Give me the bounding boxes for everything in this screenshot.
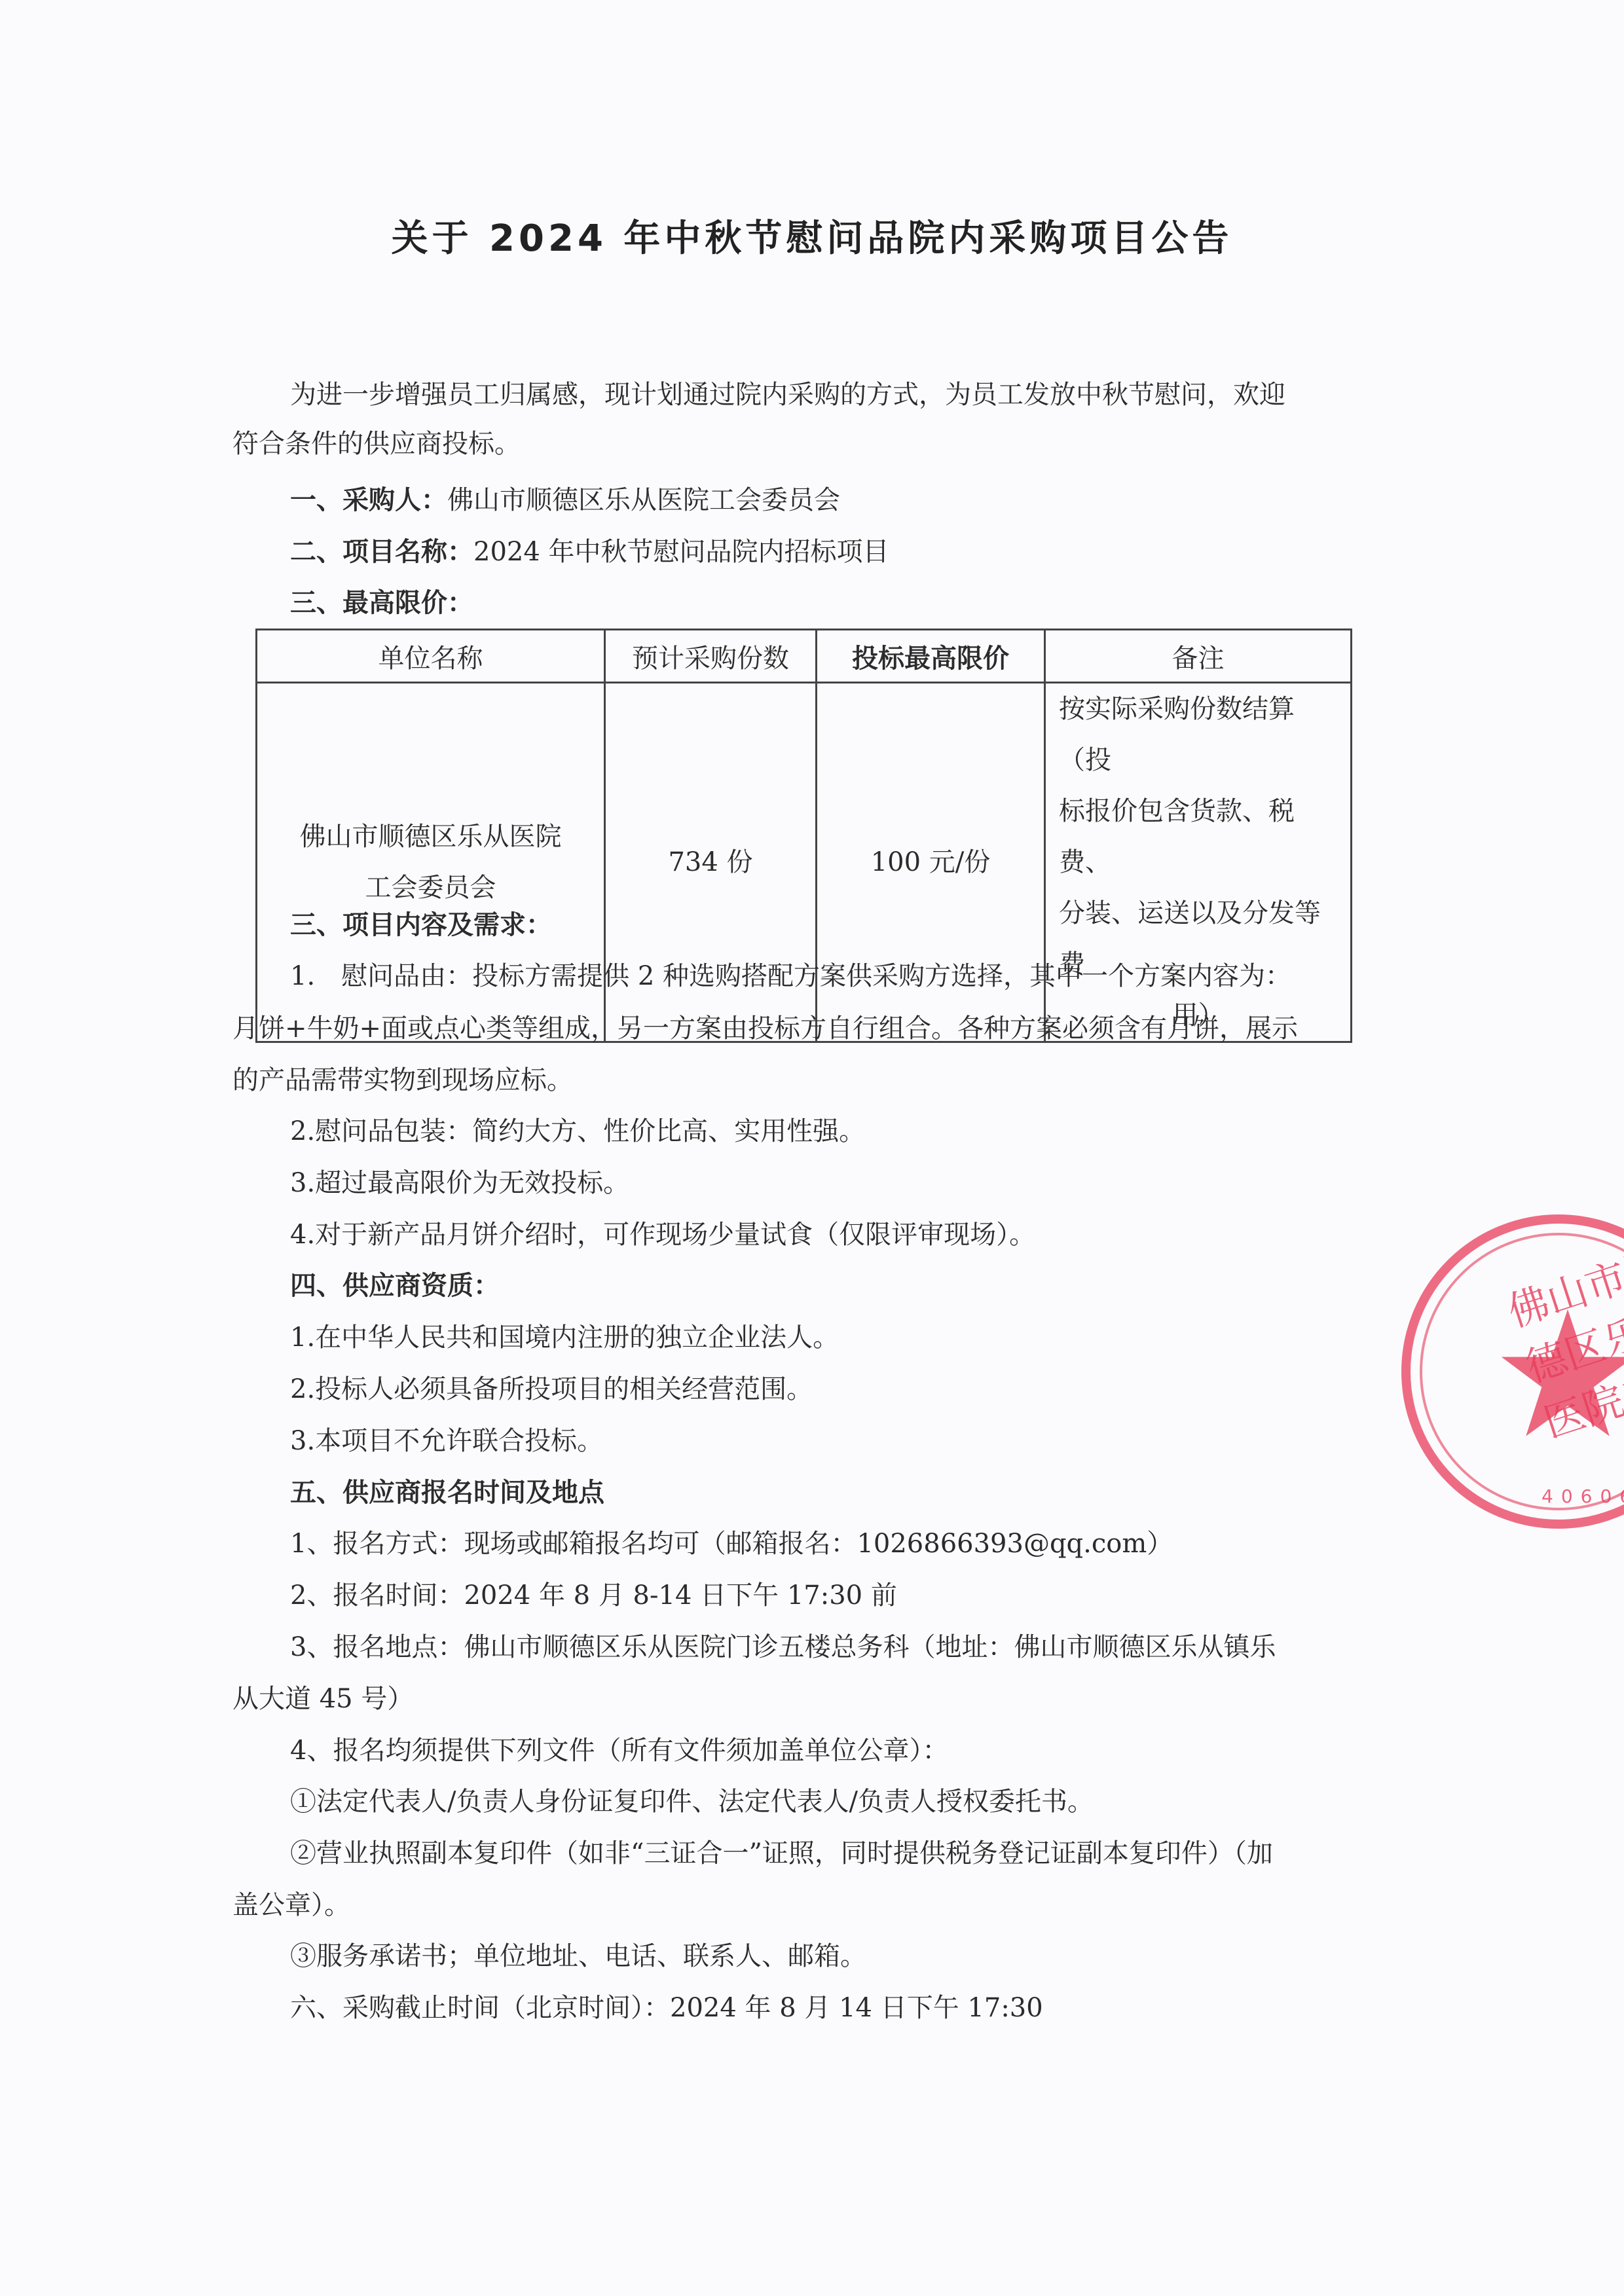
document-title: 关于 2024 年中秋节慰问品院内采购项目公告 [0,210,1624,262]
project-name-value: 2024 年中秋节慰问品院内招标项目 [473,537,889,567]
required-documents-intro: 4、报名均须提供下列文件（所有文件须加盖单位公章）： [290,1732,948,1769]
qualification-item-1: 1.在中华人民共和国境内注册的独立企业法人。 [290,1319,839,1356]
content-item-1-line-1: 1. 慰问品由：投标方需提供 2 种选购搭配方案供采购方选择，其中一个方案内容为… [290,958,1291,994]
purchaser-line: 一、采购人：佛山市顺德区乐从医院工会委员会 [290,482,840,519]
registration-place-line-1: 3、报名地点：佛山市顺德区乐从医院门诊五楼总务科（地址：佛山市顺德区乐从镇乐 [290,1629,1276,1666]
purchaser-value: 佛山市顺德区乐从医院工会委员会 [447,485,840,515]
registration-heading: 五、供应商报名时间及地点 [290,1474,604,1511]
unit-name-line-2: 工会委员会 [265,862,596,913]
header-unit-name: 单位名称 [257,630,605,683]
project-name-line: 二、项目名称：2024 年中秋节慰问品院内招标项目 [290,534,889,570]
unit-name-line-1: 佛山市顺德区乐从医院 [265,811,596,862]
seal-code: 40606 [1541,1485,1624,1507]
content-item-1-line-2: 月饼+牛奶+面或点心类等组成，另一方案由投标方自行组合。各种方案必须含有月饼，展… [232,1010,1298,1047]
registration-method: 1、报名方式：现场或邮箱报名均可（邮箱报名：1026866393@qq.com） [290,1525,1173,1562]
qualification-item-3: 3.本项目不允许联合投标。 [290,1423,603,1459]
registration-time: 2、报名时间：2024 年 8 月 8-14 日下午 17:30 前 [290,1577,897,1614]
required-document-3: ③服务承诺书；单位地址、电话、联系人、邮箱。 [290,1938,866,1975]
price-table-header: 单位名称 预计采购份数 投标最高限价 备注 [257,630,1352,683]
intro-paragraph-line-1: 为进一步增强员工归属感，现计划通过院内采购的方式，为员工发放中秋节慰问，欢迎 [290,376,1285,413]
deadline-line: 六、采购截止时间（北京时间）：2024 年 8 月 14 日下午 17:30 [290,1990,1043,2026]
header-max-price: 投标最高限价 [817,630,1045,683]
document-page: 关于 2024 年中秋节慰问品院内采购项目公告 为进一步增强员工归属感，现计划通… [0,0,1624,2296]
header-remark: 备注 [1045,630,1352,683]
purchaser-label: 一、采购人： [290,485,447,515]
remark-line-2: 标报价包含货款、税费、 [1059,786,1337,888]
max-price-heading: 三、最高限价： [290,585,473,621]
required-document-2-line-1: ②营业执照副本复印件（如非“三证合一”证照，同时提供税务登记证副本复印件）（加 [290,1835,1273,1872]
required-document-2-line-2: 盖公章）。 [232,1887,350,1923]
header-quantity: 预计采购份数 [605,630,817,683]
content-item-2: 2.慰问品包装：简约大方、性价比高、实用性强。 [290,1113,865,1150]
project-name-label: 二、项目名称： [290,537,473,567]
remark-line-1: 按实际采购份数结算（投 [1059,683,1337,786]
intro-paragraph-line-2: 符合条件的供应商投标。 [232,426,521,462]
content-item-1-line-3: 的产品需带实物到现场应标。 [232,1062,573,1099]
content-item-3: 3.超过最高限价为无效投标。 [290,1165,629,1201]
content-item-4: 4.对于新产品月饼介绍时，可作现场少量试食（仅限评审现场）。 [290,1216,1035,1253]
qualification-item-2: 2.投标人必须具备所投项目的相关经营范围。 [290,1371,813,1408]
supplier-qualification-heading: 四、供应商资质： [290,1267,500,1304]
official-seal: 佛山市顺德区乐从医院工 40606 [1401,1214,1624,1529]
registration-place-line-2: 从大道 45 号） [232,1681,413,1717]
content-requirements-heading: 三、项目内容及需求： [290,907,552,943]
required-document-1: ①法定代表人/负责人身份证复印件、法定代表人/负责人授权委托书。 [290,1783,1094,1820]
